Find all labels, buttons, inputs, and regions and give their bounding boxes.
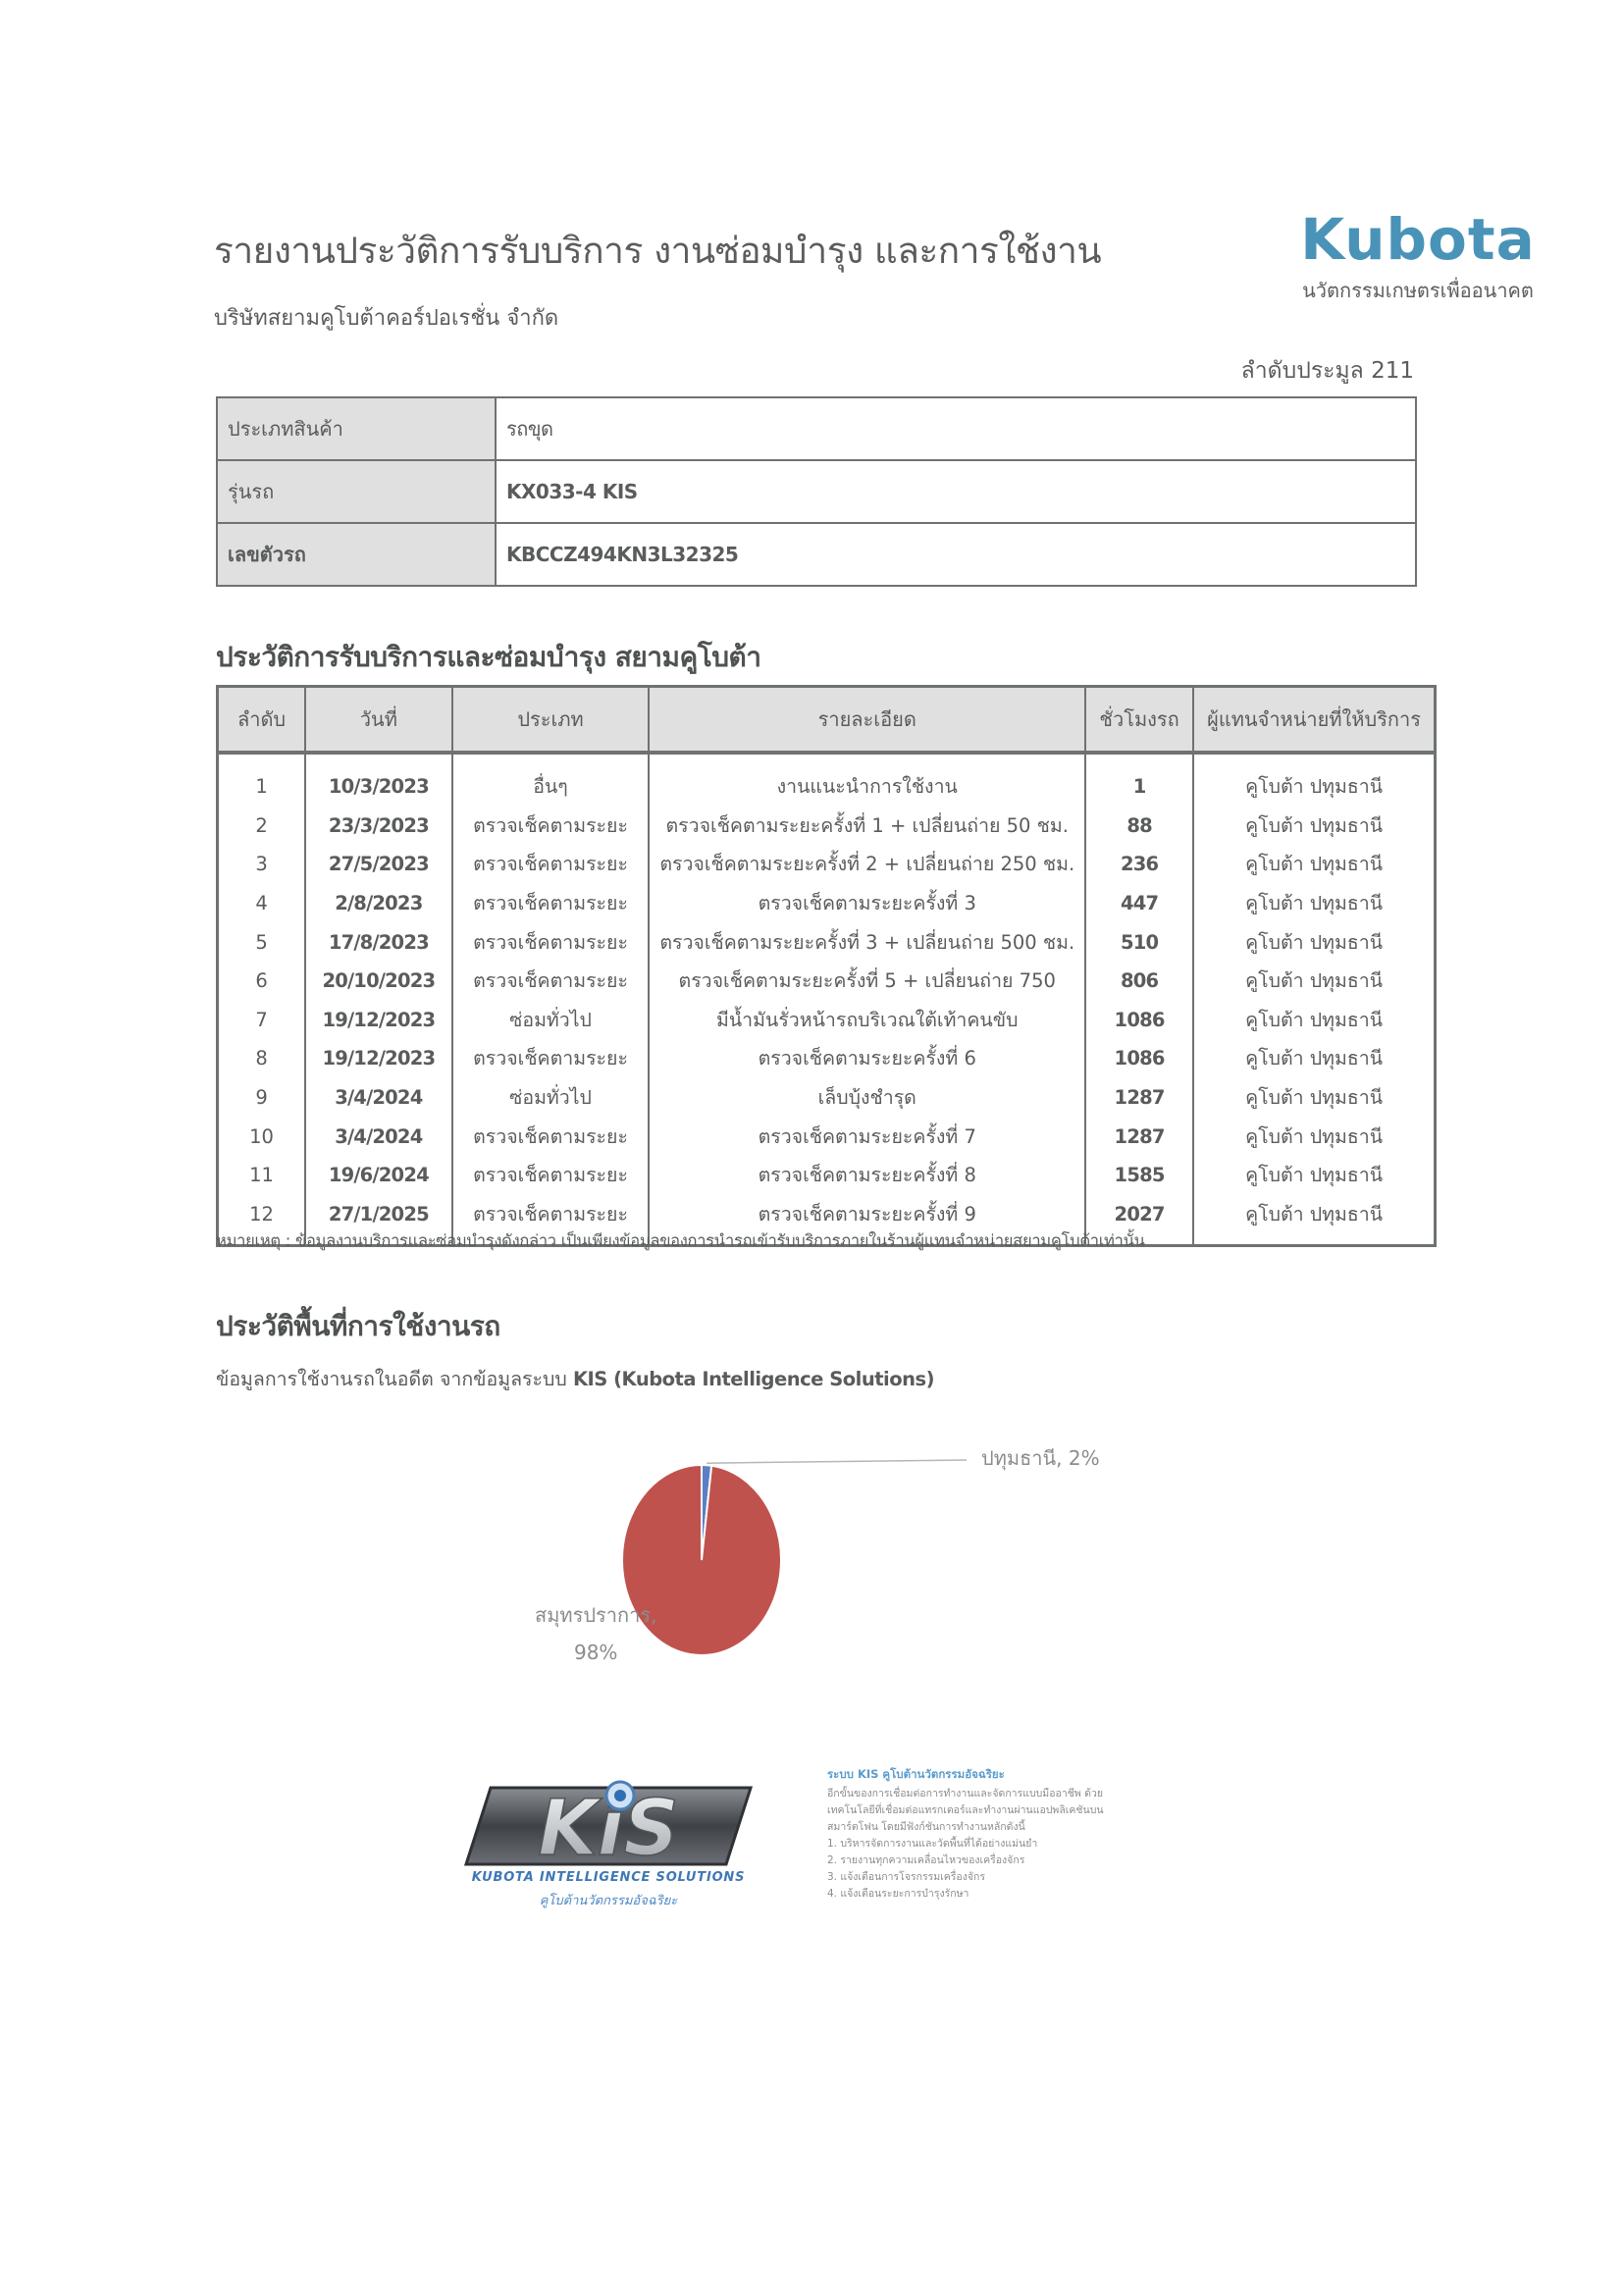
vehicle-info-label: รุ่นรถ bbox=[217, 460, 496, 523]
cell-date: 20/10/2023 bbox=[305, 962, 452, 1001]
cell-detail: ตรวจเช็คตามระยะครั้งที่ 3 + เปลี่ยนถ่าย … bbox=[649, 922, 1085, 962]
cell-date: 19/12/2023 bbox=[305, 1001, 452, 1040]
cell-detail: ตรวจเช็คตามระยะครั้งที่ 2 + เปลี่ยนถ่าย … bbox=[649, 845, 1085, 884]
cell-hours: 1287 bbox=[1085, 1078, 1193, 1118]
cell-no: 11 bbox=[218, 1156, 306, 1195]
cell-hours: 447 bbox=[1085, 884, 1193, 923]
cell-detail: ตรวจเช็คตามระยะครั้งที่ 7 bbox=[649, 1117, 1085, 1156]
cell-type: ซ่อมทั่วไป bbox=[452, 1078, 650, 1118]
cell-detail: ตรวจเช็คตามระยะครั้งที่ 8 bbox=[649, 1156, 1085, 1195]
cell-dealer: คูโบต้า ปทุมธานี bbox=[1193, 1001, 1435, 1040]
column-header-dealer: ผู้แทนจำหน่ายที่ให้บริการ bbox=[1193, 687, 1435, 754]
cell-hours: 1086 bbox=[1085, 1001, 1193, 1040]
kis-info-line: 2. รายงานทุกความเคลื่อนไหวของเครื่องจักร bbox=[827, 1852, 1151, 1869]
cell-dealer: คูโบต้า ปทุมธานี bbox=[1193, 807, 1435, 846]
vehicle-info-label: ประเภทสินค้า bbox=[217, 397, 496, 460]
cell-type: ตรวจเช็คตามระยะ bbox=[452, 845, 650, 884]
cell-date: 3/4/2024 bbox=[305, 1117, 452, 1156]
vehicle-info-row: รุ่นรถKX033-4 KIS bbox=[217, 460, 1416, 523]
cell-no: 8 bbox=[218, 1039, 306, 1078]
column-header-date: วันที่ bbox=[305, 687, 452, 754]
cell-no: 1 bbox=[218, 753, 306, 807]
vehicle-info-label: เลขตัวรถ bbox=[217, 523, 496, 586]
usage-area-subtitle: ข้อมูลการใช้งานรถในอดีต จากข้อมูลระบบ KI… bbox=[216, 1364, 934, 1394]
cell-type: ตรวจเช็คตามระยะ bbox=[452, 1156, 650, 1195]
vehicle-info-row: เลขตัวรถKBCCZ494KN3L32325 bbox=[217, 523, 1416, 586]
cell-type: ตรวจเช็คตามระยะ bbox=[452, 1117, 650, 1156]
kis-info-heading: ระบบ KIS คูโบต้านวัตกรรมอัจฉริยะ bbox=[827, 1766, 1151, 1783]
table-row: 110/3/2023อื่นๆงานแนะนำการใช้งาน1คูโบต้า… bbox=[218, 753, 1436, 807]
kis-logo-subtitle-thai: คูโบต้านวัตกรรมอัจฉริยะ bbox=[451, 1890, 765, 1910]
cell-detail: ตรวจเช็คตามระยะครั้งที่ 6 bbox=[649, 1039, 1085, 1078]
cell-hours: 1287 bbox=[1085, 1117, 1193, 1156]
kubota-logo: Kubota นวัตกรรมเกษตรเพื่ออนาคต bbox=[1300, 208, 1536, 306]
cell-detail: มีน้ำมันรั่วหน้ารถบริเวณใต้เท้าคนขับ bbox=[649, 1001, 1085, 1040]
kis-logo-subtitle: KUBOTA INTELLIGENCE SOLUTIONS bbox=[451, 1870, 765, 1885]
table-row: 620/10/2023ตรวจเช็คตามระยะตรวจเช็คตามระย… bbox=[218, 962, 1436, 1001]
cell-date: 3/4/2024 bbox=[305, 1078, 452, 1118]
cell-no: 9 bbox=[218, 1078, 306, 1118]
cell-dealer: คูโบต้า ปทุมธานี bbox=[1193, 1117, 1435, 1156]
kis-info-line: 4. แจ้งเตือนระยะการบำรุงรักษา bbox=[827, 1886, 1151, 1903]
cell-type: ตรวจเช็คตามระยะ bbox=[452, 884, 650, 923]
kis-info-line: สมาร์ตโฟน โดยมีฟังก์ชันการทำงานหลักดังนี… bbox=[827, 1819, 1151, 1836]
cell-date: 10/3/2023 bbox=[305, 753, 452, 807]
document-title: รายงานประวัติการรับบริการ งานซ่อมบำรุง แ… bbox=[214, 222, 1101, 280]
cell-type: ตรวจเช็คตามระยะ bbox=[452, 807, 650, 846]
cell-dealer: คูโบต้า ปทุมธานี bbox=[1193, 1195, 1435, 1246]
usage-area-subtitle-system: KIS (Kubota Intelligence Solutions) bbox=[573, 1368, 934, 1390]
usage-area-heading: ประวัติพื้นที่การใช้งานรถ bbox=[216, 1305, 500, 1348]
cell-detail: ตรวจเช็คตามระยะครั้งที่ 1 + เปลี่ยนถ่าย … bbox=[649, 807, 1085, 846]
company-name: บริษัทสยามคูโบต้าคอร์ปอเรชั่น จำกัด bbox=[214, 300, 558, 335]
vehicle-info-value: KX033-4 KIS bbox=[496, 460, 1416, 523]
column-header-no: ลำดับ bbox=[218, 687, 306, 754]
table-row: 1119/6/2024ตรวจเช็คตามระยะตรวจเช็คตามระย… bbox=[218, 1156, 1436, 1195]
column-header-hours: ชั่วโมงรถ bbox=[1085, 687, 1193, 754]
cell-detail: เล็บบุ้งชำรุด bbox=[649, 1078, 1085, 1118]
table-row: 327/5/2023ตรวจเช็คตามระยะตรวจเช็คตามระยะ… bbox=[218, 845, 1436, 884]
kis-info-line: อีกขั้นของการเชื่อมต่อการทำงานและจัดการแ… bbox=[827, 1786, 1151, 1802]
kis-info-block: ระบบ KIS คูโบต้านวัตกรรมอัจฉริยะ อีกขั้น… bbox=[827, 1766, 1151, 1903]
cell-dealer: คูโบต้า ปทุมธานี bbox=[1193, 753, 1435, 807]
cell-hours: 510 bbox=[1085, 922, 1193, 962]
cell-date: 23/3/2023 bbox=[305, 807, 452, 846]
table-row: 103/4/2024ตรวจเช็คตามระยะตรวจเช็คตามระยะ… bbox=[218, 1117, 1436, 1156]
cell-dealer: คูโบต้า ปทุมธานี bbox=[1193, 922, 1435, 962]
cell-dealer: คูโบต้า ปทุมธานี bbox=[1193, 962, 1435, 1001]
usage-area-subtitle-text: ข้อมูลการใช้งานรถในอดีต จากข้อมูลระบบ bbox=[216, 1368, 573, 1390]
kis-info-line: 3. แจ้งเตือนการโจรกรรมเครื่องจักร bbox=[827, 1869, 1151, 1886]
pie-label-samut-prakan-value: 98% bbox=[535, 1634, 656, 1671]
pie-label-pathum-thani: ปทุมธานี, 2% bbox=[981, 1442, 1100, 1474]
cell-no: 4 bbox=[218, 884, 306, 923]
kis-info-line: เทคโนโลยีที่เชื่อมต่อแทรกเตอร์และทำงานผ่… bbox=[827, 1802, 1151, 1819]
vehicle-info-row: ประเภทสินค้ารถขุด bbox=[217, 397, 1416, 460]
vehicle-info-value: KBCCZ494KN3L32325 bbox=[496, 523, 1416, 586]
table-row: 719/12/2023ซ่อมทั่วไปมีน้ำมันรั่วหน้ารถบ… bbox=[218, 1001, 1436, 1040]
column-header-type: ประเภท bbox=[452, 687, 650, 754]
cell-detail: ตรวจเช็คตามระยะครั้งที่ 3 bbox=[649, 884, 1085, 923]
cell-detail: งานแนะนำการใช้งาน bbox=[649, 753, 1085, 807]
cell-dealer: คูโบต้า ปทุมธานี bbox=[1193, 1156, 1435, 1195]
cell-date: 2/8/2023 bbox=[305, 884, 452, 923]
cell-dealer: คูโบต้า ปทุมธานี bbox=[1193, 884, 1435, 923]
cell-hours: 88 bbox=[1085, 807, 1193, 846]
service-history-note: หมายเหตุ : ข้อมูลงานบริการและซ่อมบำรุงดั… bbox=[216, 1228, 1145, 1254]
auction-number: ลำดับประมูล 211 bbox=[1241, 353, 1414, 389]
cell-no: 2 bbox=[218, 807, 306, 846]
service-history-heading: ประวัติการรับบริการและซ่อมบำรุง สยามคูโบ… bbox=[216, 636, 760, 679]
cell-dealer: คูโบต้า ปทุมธานี bbox=[1193, 1039, 1435, 1078]
kubota-logo-wordmark: Kubota bbox=[1300, 208, 1536, 271]
cell-type: ตรวจเช็คตามระยะ bbox=[452, 922, 650, 962]
pie-label-samut-prakan: สมุทรปราการ, 98% bbox=[535, 1596, 656, 1671]
column-header-detail: รายละเอียด bbox=[649, 687, 1085, 754]
cell-type: ตรวจเช็คตามระยะ bbox=[452, 1039, 650, 1078]
cell-hours: 1 bbox=[1085, 753, 1193, 807]
service-history-table: ลำดับวันที่ประเภทรายละเอียดชั่วโมงรถผู้แ… bbox=[216, 685, 1437, 1247]
kis-info-line: 1. บริหารจัดการงานและวัดพื้นที่ได้อย่างแ… bbox=[827, 1836, 1151, 1852]
pie-label-samut-prakan-name: สมุทรปราการ, bbox=[535, 1596, 656, 1634]
table-row: 223/3/2023ตรวจเช็คตามระยะตรวจเช็คตามระยะ… bbox=[218, 807, 1436, 846]
cell-no: 7 bbox=[218, 1001, 306, 1040]
cell-date: 27/5/2023 bbox=[305, 845, 452, 884]
cell-type: ซ่อมทั่วไป bbox=[452, 1001, 650, 1040]
cell-no: 5 bbox=[218, 922, 306, 962]
cell-no: 3 bbox=[218, 845, 306, 884]
cell-type: ตรวจเช็คตามระยะ bbox=[452, 962, 650, 1001]
cell-date: 19/12/2023 bbox=[305, 1039, 452, 1078]
vehicle-info-value: รถขุด bbox=[496, 397, 1416, 460]
cell-date: 19/6/2024 bbox=[305, 1156, 452, 1195]
cell-type: อื่นๆ bbox=[452, 753, 650, 807]
cell-no: 6 bbox=[218, 962, 306, 1001]
cell-dealer: คูโบต้า ปทุมธานี bbox=[1193, 1078, 1435, 1118]
cell-dealer: คูโบต้า ปทุมธานี bbox=[1193, 845, 1435, 884]
cell-detail: ตรวจเช็คตามระยะครั้งที่ 5 + เปลี่ยนถ่าย … bbox=[649, 962, 1085, 1001]
cell-hours: 806 bbox=[1085, 962, 1193, 1001]
cell-hours: 236 bbox=[1085, 845, 1193, 884]
cell-hours: 1585 bbox=[1085, 1156, 1193, 1195]
table-row: 819/12/2023ตรวจเช็คตามระยะตรวจเช็คตามระย… bbox=[218, 1039, 1436, 1078]
cell-hours: 1086 bbox=[1085, 1039, 1193, 1078]
table-row: 93/4/2024ซ่อมทั่วไปเล็บบุ้งชำรุด1287คูโบ… bbox=[218, 1078, 1436, 1118]
cell-no: 10 bbox=[218, 1117, 306, 1156]
vehicle-info-table: ประเภทสินค้ารถขุดรุ่นรถKX033-4 KISเลขตัว… bbox=[216, 396, 1417, 587]
table-row: 517/8/2023ตรวจเช็คตามระยะตรวจเช็คตามระยะ… bbox=[218, 922, 1436, 962]
table-row: 42/8/2023ตรวจเช็คตามระยะตรวจเช็คตามระยะค… bbox=[218, 884, 1436, 923]
cell-date: 17/8/2023 bbox=[305, 922, 452, 962]
kubota-logo-tagline: นวัตกรรมเกษตรเพื่ออนาคต bbox=[1300, 275, 1536, 306]
